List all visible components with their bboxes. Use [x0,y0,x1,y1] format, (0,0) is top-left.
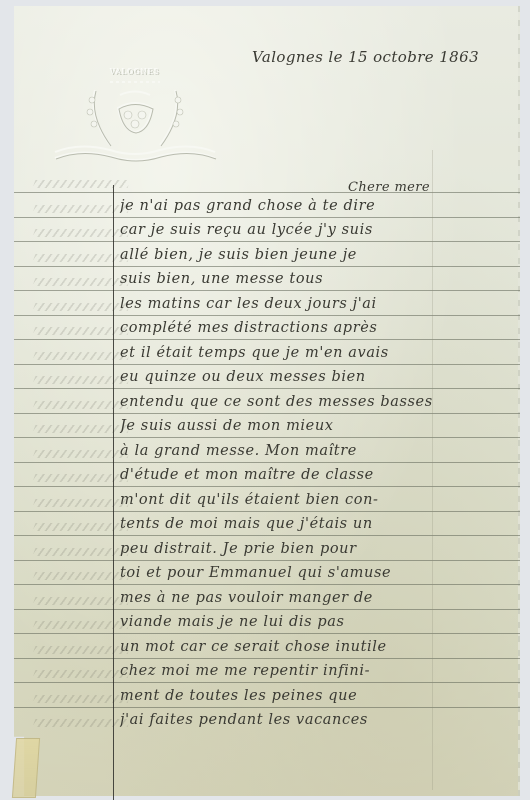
letter-body-line: viande mais je ne lui dis pas [120,614,520,630]
coat-of-arms-icon [40,60,230,170]
letter-body-line: je n'ai pas grand chose à te dire [120,198,520,214]
embossed-letterhead: VALOGNES [40,60,230,170]
margin-line [113,185,114,800]
letter-body-line: et il était temps que je m'en avais [120,345,520,361]
repair-tape [12,738,40,798]
scan-background: VALOGNES [0,0,530,800]
letter-body-line: eu quinze ou deux messes bien [120,369,520,385]
letter-salutation: Chere mere [348,180,430,195]
letter-body-line: suis bien, une messe tous [120,271,520,287]
letter-body-line: mes à ne pas vouloir manger de [120,590,520,606]
letter-body-line: j'ai faites pendant les vacances [120,712,520,728]
letter-body-line: m'ont dit qu'ils étaient bien con- [120,492,520,508]
letter-body-line: peu distrait. Je prie bien pour [120,541,520,557]
letter-body-line: car je suis reçu au lycée j'y suis [120,222,520,238]
letter-body-line: entendu que ce sont des messes basses [120,394,520,410]
letter-dateline: Valognes le 15 octobre 1863 [252,48,479,66]
letter-body-line: allé bien, je suis bien jeune je [120,247,520,263]
letter-body-line: un mot car ce serait chose inutile [120,639,520,655]
letter-body-line: Je suis aussi de mon mieux [120,418,520,434]
letter-body-line: ment de toutes les peines que [120,688,520,704]
letter-body-line: d'étude et mon maître de classe [120,467,520,483]
letter-body-line: les matins car les deux jours j'ai [120,296,520,312]
letter-body-line: chez moi me me repentir infini- [120,663,520,679]
letter-body-line: à la grand messe. Mon maître [120,443,520,459]
letter-body-line: tents de moi mais que j'étais un [120,516,520,532]
letter-body-line: toi et pour Emmanuel qui s'amuse [120,565,520,581]
letter-body-line: complété mes distractions après [120,320,520,336]
